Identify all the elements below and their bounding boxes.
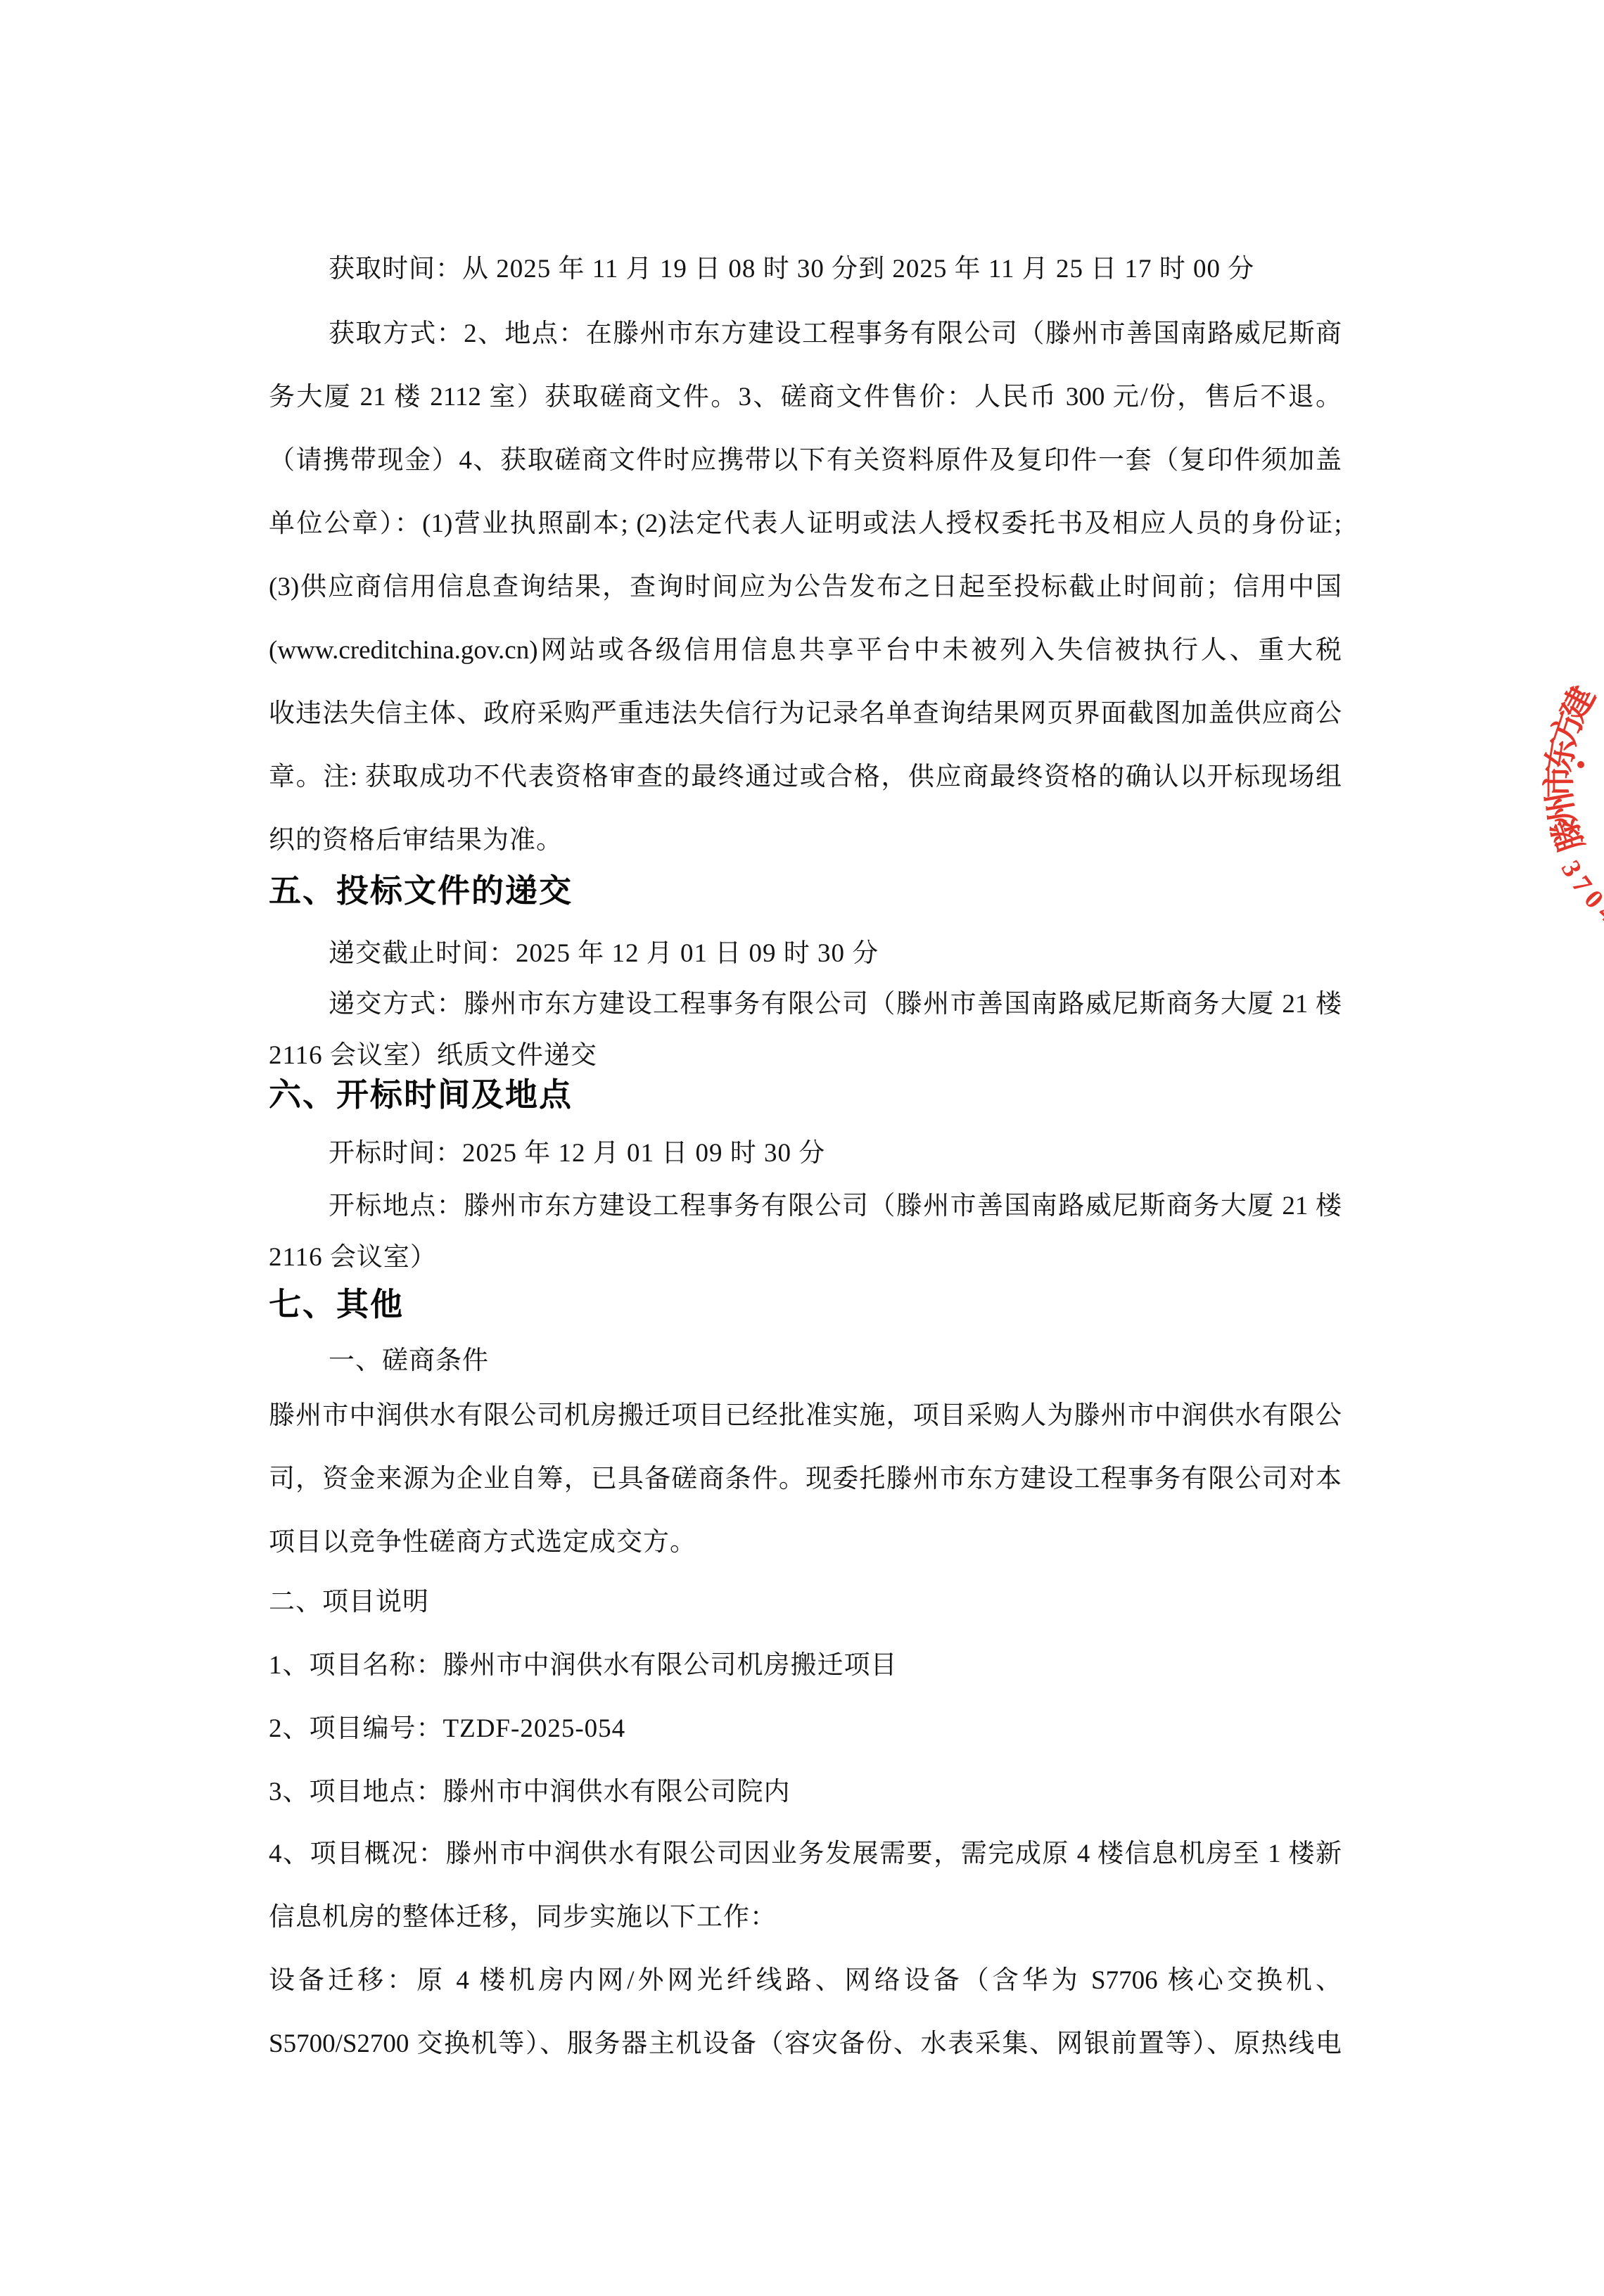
text-line: (www.creditchina.gov.cn)网站或各级信用信息共享平台中未被… bbox=[269, 634, 1342, 667]
text-line: 滕州市中润供水有限公司机房搬迁项目已经批准实施，项目采购人为滕州市中润供水有限公 bbox=[269, 1400, 1342, 1432]
text-line: 项目以竞争性磋商方式选定成交方。 bbox=[269, 1526, 1342, 1559]
seal-number-text: 3704 bbox=[1555, 855, 1604, 928]
document-page: 获取时间：从 2025 年 11 月 19 日 08 时 30 分到 2025 … bbox=[0, 0, 1604, 2296]
seal-ring-text: 滕州市东方建 bbox=[1541, 681, 1603, 856]
text-line: 章。注: 获取成功不代表资格审查的最终通过或合格，供应商最终资格的确认以开标现场… bbox=[269, 761, 1342, 793]
text-line: 1、项目名称：滕州市中润供水有限公司机房搬迁项目 bbox=[269, 1650, 1342, 1682]
seal-ink-speck bbox=[1577, 761, 1584, 768]
company-seal-stamp: 滕州市东方建 3704 bbox=[1477, 535, 1604, 1027]
text-line: 4、项目概况：滕州市中润供水有限公司因业务发展需要，需完成原 4 楼信息机房至 … bbox=[269, 1838, 1342, 1870]
section-heading: 五、投标文件的递交 bbox=[269, 872, 1342, 909]
text-line: 信息机房的整体迁移，同步实施以下工作： bbox=[269, 1901, 1342, 1934]
text-line: 开标地点：滕州市东方建设工程事务有限公司（滕州市善国南路威尼斯商务大厦 21 楼 bbox=[269, 1190, 1342, 1223]
text-line: 二、项目说明 bbox=[269, 1586, 1342, 1619]
text-line: 开标时间：2025 年 12 月 01 日 09 时 30 分 bbox=[269, 1137, 1342, 1170]
text-line: 设备迁移：原 4 楼机房内网/外网光纤线路、网络设备（含华为 S7706 核心交… bbox=[269, 1965, 1342, 1997]
text-line: 单位公章）：(1)营业执照副本; (2)法定代表人证明或法人授权委托书及相应人员… bbox=[269, 508, 1342, 540]
text-line: 务大厦 21 楼 2112 室）获取磋商文件。3、磋商文件售价：人民币 300 … bbox=[269, 381, 1342, 414]
text-line: 收违法失信主体、政府采购严重违法失信行为记录名单查询结果网页界面截图加盖供应商公 bbox=[269, 698, 1342, 730]
section-heading: 七、其他 bbox=[269, 1286, 1342, 1322]
text-line: 一、磋商条件 bbox=[269, 1345, 1342, 1377]
text-line: 递交方式：滕州市东方建设工程事务有限公司（滕州市善国南路威尼斯商务大厦 21 楼 bbox=[269, 988, 1342, 1021]
text-line: S5700/S2700 交换机等）、服务器主机设备（容灾备份、水表采集、网银前置… bbox=[269, 2028, 1342, 2060]
text-line: （请携带现金）4、获取磋商文件时应携带以下有关资料原件及复印件一套（复印件须加盖 bbox=[269, 445, 1342, 477]
text-line: 司，资金来源为企业自筹，已具备磋商条件。现委托滕州市东方建设工程事务有限公司对本 bbox=[269, 1463, 1342, 1495]
text-line: 2116 会议室） bbox=[269, 1242, 1342, 1274]
section-heading: 六、开标时间及地点 bbox=[269, 1076, 1342, 1113]
text-line: 2116 会议室）纸质文件递交 bbox=[269, 1040, 1342, 1072]
text-line: (3)供应商信用信息查询结果，查询时间应为公告发布之日起至投标截止时间前；信用中… bbox=[269, 571, 1342, 604]
text-line: 2、项目编号：TZDF-2025-054 bbox=[269, 1713, 1342, 1745]
text-line: 递交截止时间：2025 年 12 月 01 日 09 时 30 分 bbox=[269, 938, 1342, 970]
text-line: 3、项目地点：滕州市中润供水有限公司院内 bbox=[269, 1776, 1342, 1809]
text-line: 获取方式：2、地点：在滕州市东方建设工程事务有限公司（滕州市善国南路威尼斯商 bbox=[269, 318, 1342, 350]
text-line: 织的资格后审结果为准。 bbox=[269, 824, 1342, 857]
text-line: 获取时间：从 2025 年 11 月 19 日 08 时 30 分到 2025 … bbox=[269, 253, 1342, 286]
